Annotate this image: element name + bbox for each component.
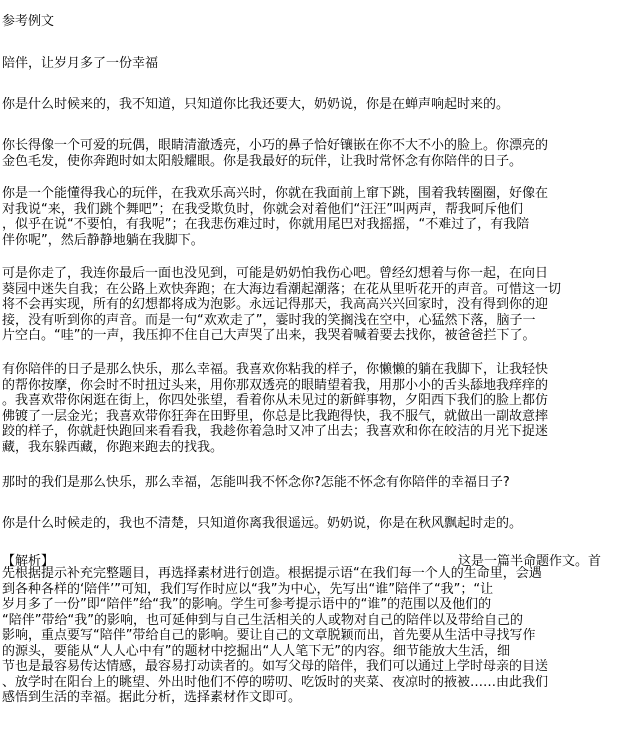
text-line: 藏，我东躲西藏，你跑来跑去的找我。 [2,440,628,456]
text-line: 影响，重点要写“陪伴”带给自己的影响。要让自己的文章脱颖而出，首先要从生活中寻找… [2,628,628,644]
text-line: ，似乎在说“不要怕，有我呢”；在我悲伤难过时，你就用尾巴对我摇摇，“不难过了，有… [2,217,628,233]
text-line: 片空白。“哇”的一声，我压抑不住自己大声哭了出来，我哭着喊着要去找你，被爸爸拦下… [2,328,628,344]
text-line: 的帮你按摩，你会时不时扭过头来，用你那双透亮的眼睛望着我，用那小小的舌头舔地我痒… [2,378,628,394]
essay-paragraph-6: 那时的我们是那么快乐，那么幸福，怎能叫我不怀念你?怎能不怀念有你陪伴的幸福日子? [2,475,628,491]
text-line: “陪伴”带给“我”的影响，也可延伸到与自己生活相关的人或物对自己的陪伴以及带给自… [2,613,628,629]
text-line: 佛镀了一层金光；我喜欢带你狂奔在田野里，你总是比我跑得快，我不服气，就做出一副故… [2,409,628,425]
text-line: 你是什么时候走的，我也不清楚，只知道你离我很遥远。奶奶说，你是在秋风飘起时走的。 [2,516,628,532]
text-line: 岁月多了一份”即“陪伴”给“我”的影响。学生可参考提示语中的“谁”的范围以及他们… [2,597,628,613]
text-line: 、放学时在阳台上的眺望、外出时他们不停的唠叨、吃饭时的夹菜、夜凉时的掖被……由此… [2,675,628,691]
essay-paragraph-2: 你长得像一个可爱的玩偶，眼睛清澈透亮，小巧的鼻子恰好镶嵌在你不大不小的脸上。你漂… [2,138,628,169]
text-line: 感悟到生活的幸福。据此分析，选择素材作文即可。 [2,690,628,706]
text-line: 接，没有听到你的声音。而是一句“欢欢走了”，霎时我的笑搁浅在空中，心猛然下落，脑… [2,313,628,329]
essay-paragraph-1: 你是什么时候来的，我不知道，只知道你比我还要大，奶奶说，你是在蝉声响起时来的。 [2,97,628,113]
text-line: 你长得像一个可爱的玩偶，眼睛清澈透亮，小巧的鼻子恰好镶嵌在你不大不小的脸上。你漂… [2,138,628,154]
section-heading: 参考例文 [2,14,628,30]
essay-paragraph-4: 可是你走了，我连你最后一面也没见到，可能是奶奶怕我伤心吧。曾经幻想着与你一起，在… [2,266,628,344]
text-line: 那时的我们是那么快乐，那么幸福，怎能叫我不怀念你?怎能不怀念有你陪伴的幸福日子? [2,475,628,491]
text-line: 到各种各样的‘陪伴’”可知，我们写作时应以“我”为中心，先写出“谁”陪伴了“我”… [2,582,628,598]
text-line: 对我说“来，我们跳个舞吧”；在我受欺负时，你就会对着他们“汪汪”叫两声，帮我呵斥… [2,202,628,218]
text-line: 可是你走了，我连你最后一面也没见到，可能是奶奶怕我伤心吧。曾经幻想着与你一起，在… [2,266,628,282]
text-line: 先根据提示补充完整题目，再选择素材进行创造。根据提示语“在我们每一个人的生命里，… [2,566,628,582]
essay-paragraph-7: 你是什么时候走的，我也不清楚，只知道你离我很遥远。奶奶说，你是在秋风飘起时走的。 [2,516,628,532]
analysis-body: 先根据提示补充完整题目，再选择素材进行创造。根据提示语“在我们每一个人的生命里，… [2,566,628,706]
essay-paragraph-3: 你是一个能懂得我心的玩伴，在我欢乐高兴时，你就在我面前上窜下跳，围着我转圈圈，好… [2,186,628,248]
text-line: 伴你呢”，然后静静地躺在我脚下。 [2,233,628,249]
text-line: 你是一个能懂得我心的玩伴，在我欢乐高兴时，你就在我面前上窜下跳，围着我转圈圈，好… [2,186,628,202]
text-line: 葵园中迷失自我；在公路上欢快奔跑；在大海边看潮起潮落；在花从里听花开的声音。可惜… [2,282,628,298]
text-line: 金色毛发，使你奔跑时如太阳般耀眼。你是我最好的玩伴，让我时常怀念有你陪伴的日子。 [2,154,628,170]
text-line: 将不会再实现，所有的幻想都将成为泡影。永远记得那天，我高高兴兴回家时，没有得到你… [2,297,628,313]
text-line: 节也是最容易传达情感，最容易打动读者的。如写父母的陪伴，我们可以通过上学时母亲的… [2,659,628,675]
text-line: 的源头，要能从“人人心中有”的题材中挖掘出“人人笔下无”的内容。细节能放大生活，… [2,644,628,660]
text-line: 有你陪伴的日子是那么快乐，那么幸福。我喜欢你粘我的样子，你懒懒的躺在我脚下，让我… [2,362,628,378]
text-line: 你是什么时候来的，我不知道，只知道你比我还要大，奶奶说，你是在蝉声响起时来的。 [2,97,628,113]
text-line: 跤的样子，你就赶快跑回来看看我，我趁你着急时又冲了出去；我喜欢和你在皎洁的月光下… [2,424,628,440]
document-page: 参考例文 陪伴，让岁月多了一份幸福 你是什么时候来的，我不知道，只知道你比我还要… [0,0,630,731]
text-line: 。我喜欢带你闲逛在街上，你四处张望，看着你从未见过的新鲜事物，夕阳西下我们的脸上… [2,393,628,409]
essay-paragraph-5: 有你陪伴的日子是那么快乐，那么幸福。我喜欢你粘我的样子，你懒懒的躺在我脚下，让我… [2,362,628,455]
essay-title: 陪伴，让岁月多了一份幸福 [2,56,628,72]
